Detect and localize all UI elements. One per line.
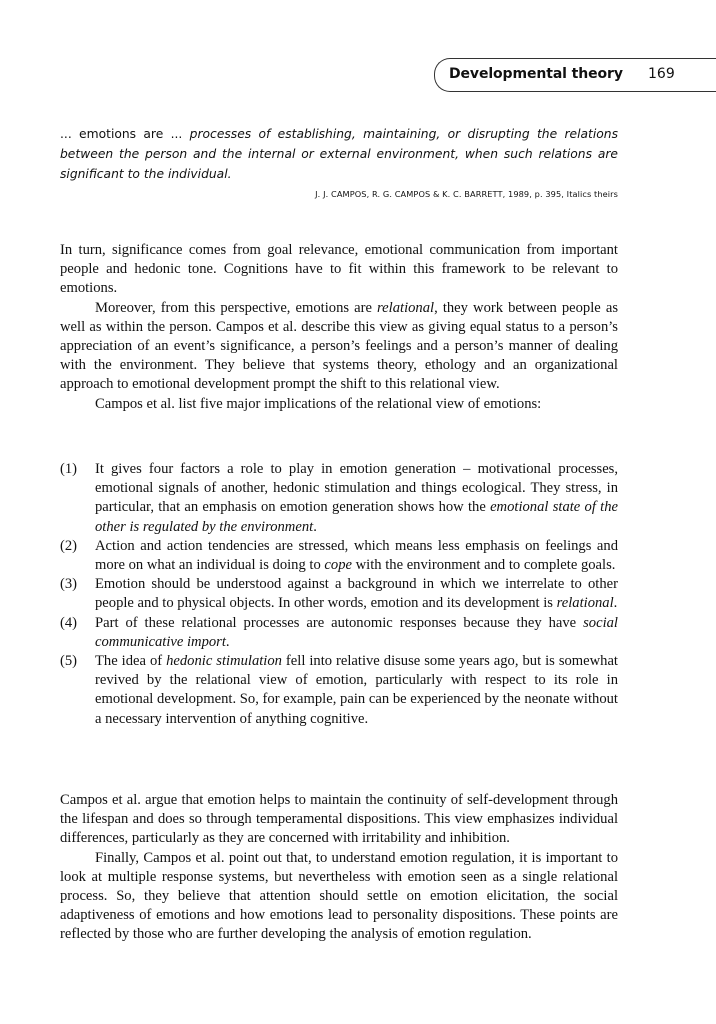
book-page: Developmental theory 169 ... emotions ar… xyxy=(0,0,716,1024)
list-marker: (5) xyxy=(60,652,77,671)
list-marker: (4) xyxy=(60,614,77,633)
implications-list: (1)It gives four factors a role to play … xyxy=(60,460,618,729)
paragraph: Finally, Campos et al. point out that, t… xyxy=(60,849,618,945)
intro-section: In turn, significance comes from goal re… xyxy=(60,241,618,414)
epigraph-lead: ... emotions are ... xyxy=(60,127,190,141)
paragraph: Moreover, from this perspective, emotion… xyxy=(60,299,618,395)
paragraph: Campos et al. argue that emotion helps t… xyxy=(60,791,618,849)
list-item: (1)It gives four factors a role to play … xyxy=(60,460,618,537)
chapter-title: Developmental theory xyxy=(449,66,623,82)
list-item: (5)The idea of hedonic stimulation fell … xyxy=(60,652,618,729)
list-item: (3)Emotion should be understood against … xyxy=(60,575,618,613)
paragraph: Campos et al. list five major implicatio… xyxy=(60,395,618,414)
list-item: (4)Part of these relational processes ar… xyxy=(60,614,618,652)
epigraph-quote: ... emotions are ... processes of establ… xyxy=(60,124,618,184)
page-number: 169 xyxy=(648,66,675,82)
epigraph-attribution: J. J. CAMPOS, R. G. CAMPOS & K. C. BARRE… xyxy=(315,189,618,199)
list-marker: (1) xyxy=(60,460,77,479)
list-marker: (3) xyxy=(60,575,77,594)
list-item: (2)Action and action tendencies are stre… xyxy=(60,537,618,575)
paragraph: In turn, significance comes from goal re… xyxy=(60,241,618,299)
list-marker: (2) xyxy=(60,537,77,556)
running-header: Developmental theory 169 xyxy=(434,58,716,92)
conclusion-section: Campos et al. argue that emotion helps t… xyxy=(60,791,618,945)
